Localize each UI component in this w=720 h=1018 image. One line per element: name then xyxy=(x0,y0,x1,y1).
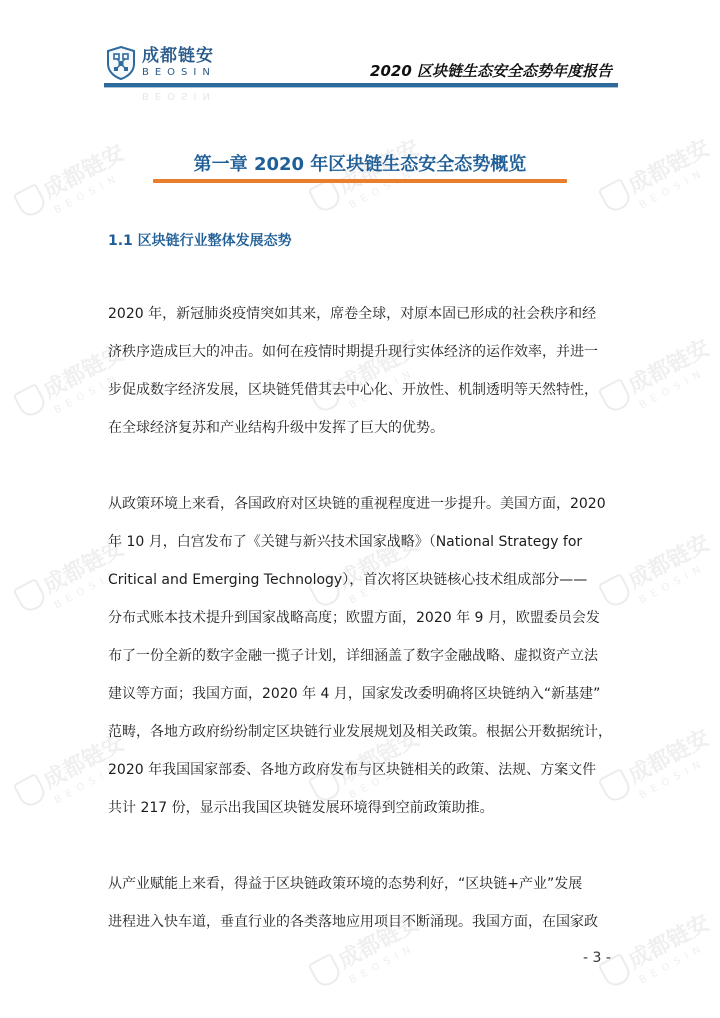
text-line: 2020 年，新冠肺炎疫情突如其来，席卷全球，对原本固已形成的社会秩序和经 xyxy=(108,295,616,333)
text-line: 分布式账本技术提升到国家战略高度；欧盟方面，2020 年 9 月，欧盟委员会发 xyxy=(108,599,616,637)
watermark: 成都链安BEOSIN xyxy=(598,135,720,226)
header-divider-thin xyxy=(104,87,618,88)
company-logo: 成都链安 BEOSIN xyxy=(106,46,216,80)
chapter-title: 第一章 2020 年区块链生态安全态势概览 xyxy=(0,150,720,176)
text-line: 范畴，各地方政府纷纷制定区块链行业发展规划及相关政策。根据公开数据统计， xyxy=(108,713,616,751)
page-header: 成都链安 BEOSIN BEOSIN 2020 区块链生态安全态势年度报告 xyxy=(0,0,720,110)
logo-chinese-name: 成都链安 xyxy=(142,48,216,65)
report-title: 2020 区块链生态安全态势年度报告 xyxy=(370,60,612,81)
watermark-shield-icon xyxy=(308,178,344,215)
section-title: 1.1 区块链行业整体发展态势 xyxy=(108,230,292,250)
text-line: 共计 217 份，显示出我国区块链发展环境得到空前政策助推。 xyxy=(108,789,616,827)
watermark-shield-icon xyxy=(598,178,634,215)
text-line: 年 10 月，白宫发布了《关键与新兴技术国家战略》（National Strat… xyxy=(108,523,616,561)
logo-reflection: BEOSIN xyxy=(106,90,216,101)
watermark-shield-icon xyxy=(13,183,49,220)
text-line: 布了一份全新的数字金融一揽子计划，详细涵盖了数字金融战略、虚拟资产立法 xyxy=(108,637,616,675)
logo-english-name: BEOSIN xyxy=(142,68,216,78)
text-line: 步促成数字经济发展，区块链凭借其去中心化、开放性、机制透明等天然特性， xyxy=(108,371,616,409)
watermark-shield-icon xyxy=(13,773,49,810)
text-line: Critical and Emerging Technology），首次将区块链… xyxy=(108,561,616,599)
text-line: 建议等方面；我国方面，2020 年 4 月，国家发改委明确将区块链纳入“新基建” xyxy=(108,675,616,713)
text-line: 在全球经济复苏和产业结构升级中发挥了巨大的优势。 xyxy=(108,409,616,447)
shield-logo-icon xyxy=(106,46,136,80)
watermark-shield-icon xyxy=(13,383,49,420)
text-line: 济秩序造成巨大的冲击。如何在疫情时期提升现行实体经济的运作效率，并进一 xyxy=(108,333,616,371)
paragraph-industry: 从产业赋能上来看，得益于区块链政策环境的态势利好，“区块链+产业”发展 进程进入… xyxy=(108,865,616,941)
text-line: 2020 年我国国家部委、各地方政府发布与区块链相关的政策、法规、方案文件 xyxy=(108,751,616,789)
text-line: 从政策环境上来看，各国政府对区块链的重视程度进一步提升。美国方面，2020 xyxy=(108,485,616,523)
paragraph-policy: 从政策环境上来看，各国政府对区块链的重视程度进一步提升。美国方面，2020 年 … xyxy=(108,485,616,827)
text-line: 进程进入快车道，垂直行业的各类落地应用项目不断涌现。我国方面，在国家政 xyxy=(108,903,616,941)
paragraph-intro: 2020 年，新冠肺炎疫情突如其来，席卷全球，对原本固已形成的社会秩序和经 济秩… xyxy=(108,295,616,447)
chapter-underline xyxy=(153,179,567,183)
watermark-shield-icon xyxy=(308,953,344,990)
page-number: - 3 - xyxy=(583,950,611,966)
watermark-shield-icon xyxy=(13,578,49,615)
text-line: 从产业赋能上来看，得益于区块链政策环境的态势利好，“区块链+产业”发展 xyxy=(108,865,616,903)
